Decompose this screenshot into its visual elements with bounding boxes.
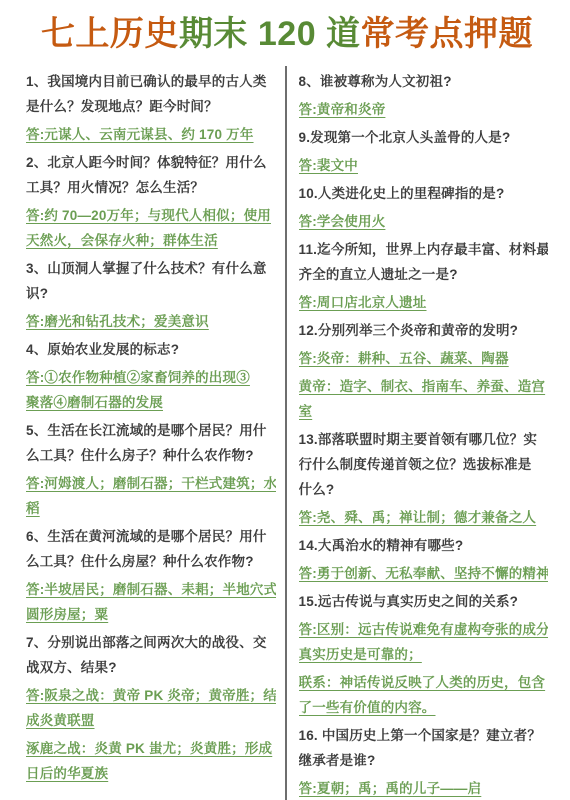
answer-line: 答:勇于创新、无私奉献、坚持不懈的精神 [299, 561, 549, 586]
question-block: 10.人类进化史上的里程碑指的是? [299, 181, 549, 206]
question-line: 11.迄今所知，世界上内存最丰富、材料最 [299, 237, 549, 262]
answer-line: 聚落④磨制石器的发展 [26, 390, 276, 415]
answer-line: 答:①农作物种植②家畜饲养的出现③ [26, 365, 276, 390]
answer-block: 答:阪泉之战：黄帝 PK 炎帝；黄帝胜；结成炎黄联盟 [26, 683, 276, 733]
answer-line: 黄帝：造字、制衣、指南车、养蚕、造宫 [299, 374, 549, 399]
question-block: 14.大禹治水的精神有哪些? [299, 533, 549, 558]
question-line: 么工具？住什么房子？种什么农作物? [26, 443, 276, 468]
question-block: 11.迄今所知，世界上内存最丰富、材料最齐全的直立人遗址之一是? [299, 237, 549, 287]
question-line: 3、山顶洞人掌握了什么技术？有什么意 [26, 256, 276, 281]
answer-line: 答:黄帝和炎帝 [299, 97, 549, 122]
question-block: 8、谁被尊称为人文初祖? [299, 69, 549, 94]
answer-line: 答:炎帝：耕种、五谷、蔬菜、陶器 [299, 346, 549, 371]
answer-line: 答:裴文中 [299, 153, 549, 178]
title-segment-green: 期末 120 道 [179, 15, 361, 53]
question-line: 10.人类进化史上的里程碑指的是? [299, 181, 549, 206]
answer-block: 答:勇于创新、无私奉献、坚持不懈的精神 [299, 561, 549, 586]
answer-block: 答:河姆渡人；磨制石器；干栏式建筑；水稻 [26, 471, 276, 521]
answer-block: 答:磨光和钻孔技术；爱美意识 [26, 309, 276, 334]
question-line: 行什么制度传递首领之位？选拔标准是 [299, 452, 549, 477]
answer-block: 答:学会使用火 [299, 209, 549, 234]
question-line: 4、原始农业发展的标志? [26, 337, 276, 362]
question-line: 什么? [299, 477, 549, 502]
question-line: 12.分别列举三个炎帝和黄帝的发明? [299, 318, 549, 343]
answer-block: 答:周口店北京人遗址 [299, 290, 549, 315]
question-line: 6、生活在黄河流域的是哪个居民？用什 [26, 524, 276, 549]
answer-line: 答:河姆渡人；磨制石器；干栏式建筑；水 [26, 471, 276, 496]
question-line: 7、分别说出部落之间两次大的战役、交 [26, 630, 276, 655]
answer-line: 稻 [26, 496, 276, 521]
answer-line: 天然火，会保存火种；群体生活 [26, 228, 276, 253]
question-line: 13.部落联盟时期主要首领有哪几位？实 [299, 427, 549, 452]
question-block: 13.部落联盟时期主要首领有哪几位？实行什么制度传递首领之位？选拔标准是什么? [299, 427, 549, 502]
question-line: 战双方、结果? [26, 655, 276, 680]
question-block: 7、分别说出部落之间两次大的战役、交战双方、结果? [26, 630, 276, 680]
right-column: 8、谁被尊称为人文初祖?答:黄帝和炎帝9.发现第一个北京人头盖骨的人是?答:裴文… [287, 66, 549, 800]
answer-block: 答:半坡居民；磨制石器、耒耜；半地穴式圆形房屋；粟 [26, 577, 276, 627]
answer-line: 联系：神话传说反映了人类的历史，包含 [299, 670, 549, 695]
question-line: 识? [26, 281, 276, 306]
answer-block: 答:黄帝和炎帝 [299, 97, 549, 122]
answer-block: 答:炎帝：耕种、五谷、蔬菜、陶器 [299, 346, 549, 371]
answer-line: 答:周口店北京人遗址 [299, 290, 549, 315]
question-block: 15.远古传说与真实历史之间的关系? [299, 589, 549, 614]
question-block: 16. 中国历史上第一个国家是？建立者？继承者是谁? [299, 723, 549, 773]
answer-line: 成炎黄联盟 [26, 708, 276, 733]
question-line: 继承者是谁? [299, 748, 549, 773]
question-line: 9.发现第一个北京人头盖骨的人是? [299, 125, 549, 150]
question-line: 2、北京人距今时间？体貌特征？用什么 [26, 150, 276, 175]
answer-block: 答:尧、舜、禹；禅让制；德才兼备之人 [299, 505, 549, 530]
answer-line: 了一些有价值的内容。 [299, 695, 549, 720]
answer-line: 答:区别：远古传说难免有虚构夸张的成分； [299, 617, 549, 642]
answer-block: 联系：神话传说反映了人类的历史，包含了一些有价值的内容。 [299, 670, 549, 720]
answer-line: 日后的华夏族 [26, 761, 276, 786]
question-block: 2、北京人距今时间？体貌特征？用什么工具？用火情况？怎么生活？ [26, 150, 276, 200]
answer-line: 答:半坡居民；磨制石器、耒耜；半地穴式 [26, 577, 276, 602]
question-block: 12.分别列举三个炎帝和黄帝的发明? [299, 318, 549, 343]
question-line: 14.大禹治水的精神有哪些? [299, 533, 549, 558]
left-column: 1、我国境内目前已确认的最早的古人类是什么？发现地点？距今时间？答:元谋人、云南… [26, 66, 285, 800]
answer-line: 答:阪泉之战：黄帝 PK 炎帝；黄帝胜；结 [26, 683, 276, 708]
question-block: 9.发现第一个北京人头盖骨的人是? [299, 125, 549, 150]
answer-line: 答:学会使用火 [299, 209, 549, 234]
question-block: 3、山顶洞人掌握了什么技术？有什么意识? [26, 256, 276, 306]
answer-block: 答:约 70—20万年；与现代人相似；使用天然火，会保存火种；群体生活 [26, 203, 276, 253]
question-line: 16. 中国历史上第一个国家是？建立者？ [299, 723, 549, 748]
answer-line: 涿鹿之战：炎黄 PK 蚩尤；炎黄胜；形成 [26, 736, 276, 761]
question-line: 5、生活在长江流域的是哪个居民？用什 [26, 418, 276, 443]
answer-line: 答:尧、舜、禹；禅让制；德才兼备之人 [299, 505, 549, 530]
answer-block: 答:裴文中 [299, 153, 549, 178]
question-line: 工具？用火情况？怎么生活？ [26, 175, 276, 200]
question-line: 8、谁被尊称为人文初祖? [299, 69, 549, 94]
answer-line: 真实历史是可靠的； [299, 642, 549, 667]
answer-block: 答:夏朝；禹；禹的儿子——启 [299, 776, 549, 800]
question-line: 齐全的直立人遗址之一是? [299, 262, 549, 287]
page-title: 七上历史期末 120 道常考点押题 [26, 12, 548, 56]
title-segment-orange-1: 七上历史 [41, 15, 179, 53]
answer-line: 室 [299, 399, 549, 424]
answer-block: 涿鹿之战：炎黄 PK 蚩尤；炎黄胜；形成日后的华夏族 [26, 736, 276, 786]
answer-block: 黄帝：造字、制衣、指南车、养蚕、造宫室 [299, 374, 549, 424]
question-line: 1、我国境内目前已确认的最早的古人类 [26, 69, 276, 94]
answer-block: 答:区别：远古传说难免有虚构夸张的成分；真实历史是可靠的； [299, 617, 549, 667]
answer-line: 圆形房屋；粟 [26, 602, 276, 627]
question-block: 1、我国境内目前已确认的最早的古人类是什么？发现地点？距今时间？ [26, 69, 276, 119]
question-block: 4、原始农业发展的标志? [26, 337, 276, 362]
answer-block: 答:元谋人、云南元谋县、约 170 万年 [26, 122, 276, 147]
two-column-content: 1、我国境内目前已确认的最早的古人类是什么？发现地点？距今时间？答:元谋人、云南… [26, 66, 548, 800]
question-block: 5、生活在长江流域的是哪个居民？用什么工具？住什么房子？种什么农作物? [26, 418, 276, 468]
answer-line: 答:磨光和钻孔技术；爱美意识 [26, 309, 276, 334]
worksheet-page: 七上历史期末 120 道常考点押题 1、我国境内目前已确认的最早的古人类是什么？… [0, 0, 570, 800]
answer-block: 答:①农作物种植②家畜饲养的出现③聚落④磨制石器的发展 [26, 365, 276, 415]
answer-line: 答:元谋人、云南元谋县、约 170 万年 [26, 122, 276, 147]
answer-line: 答:约 70—20万年；与现代人相似；使用 [26, 203, 276, 228]
answer-line: 答:夏朝；禹；禹的儿子——启 [299, 776, 549, 800]
question-block: 6、生活在黄河流域的是哪个居民？用什么工具？住什么房屋？种什么农作物? [26, 524, 276, 574]
question-line: 15.远古传说与真实历史之间的关系? [299, 589, 549, 614]
question-line: 么工具？住什么房屋？种什么农作物? [26, 549, 276, 574]
title-segment-orange-2: 常考点押题 [361, 15, 534, 53]
question-line: 是什么？发现地点？距今时间？ [26, 94, 276, 119]
